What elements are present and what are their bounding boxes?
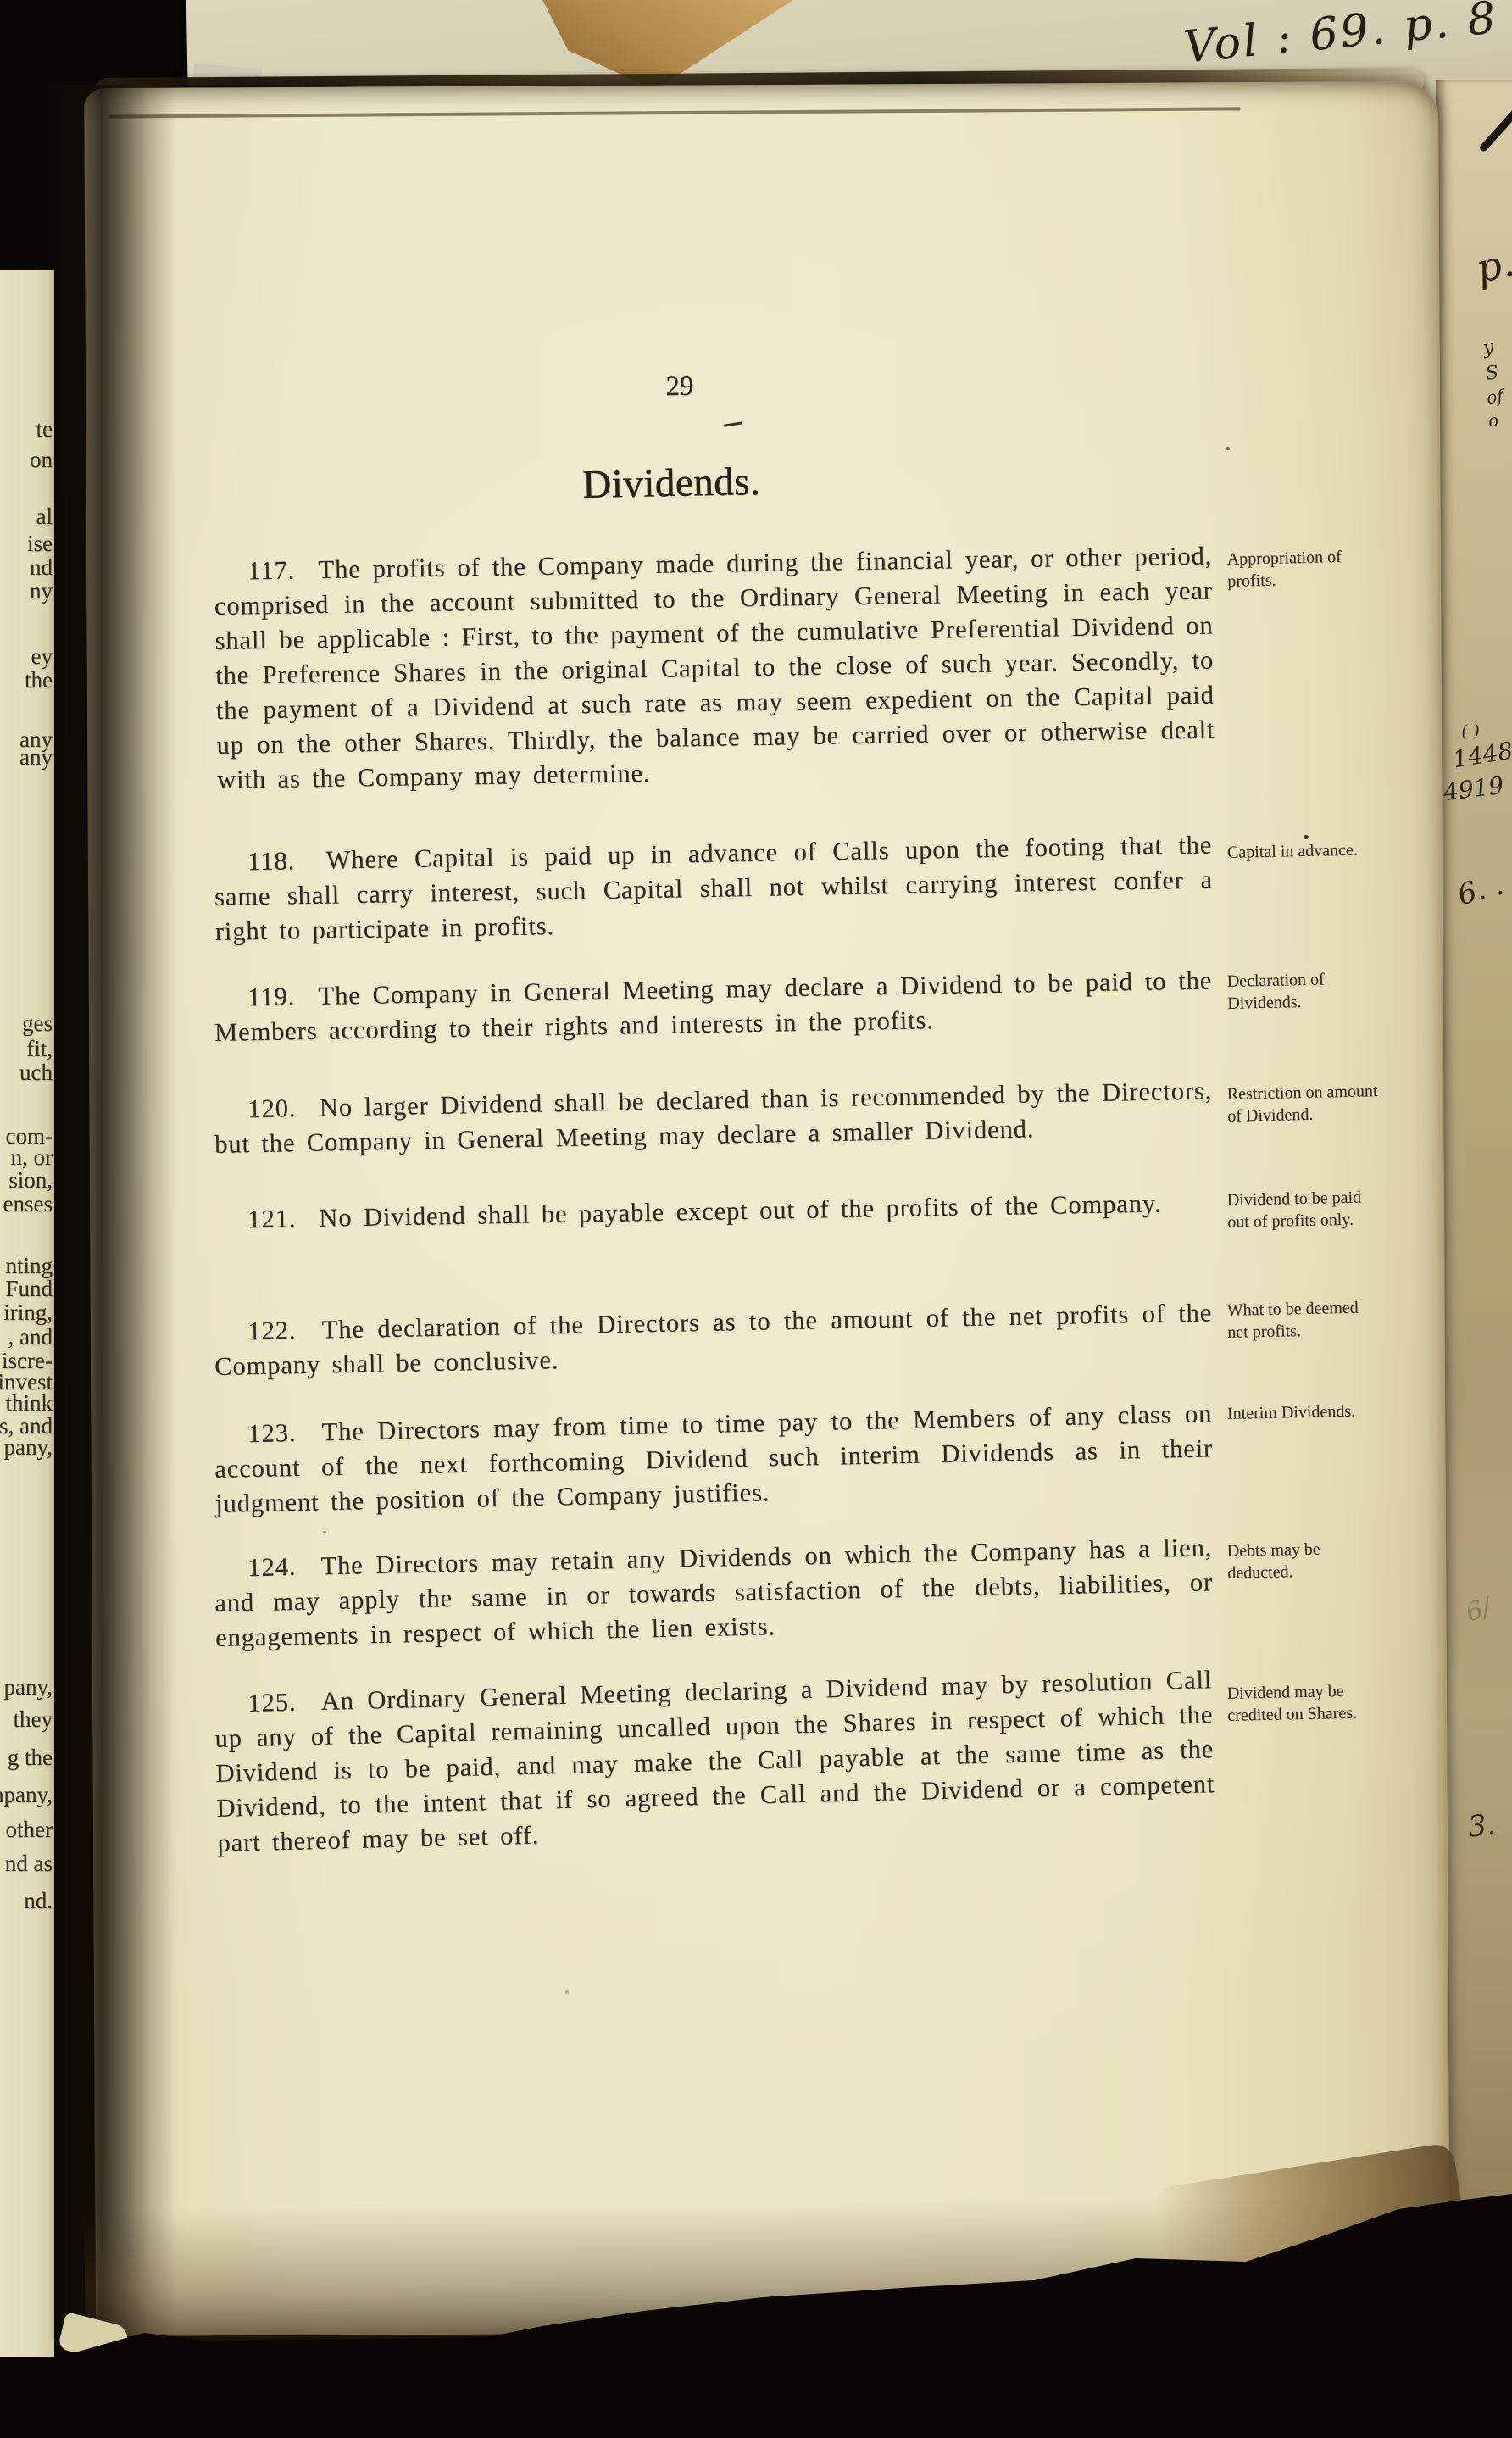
margin-note: Dividend to be paid out of profits only. bbox=[1226, 1187, 1378, 1233]
article: 122. The declaration of the Directors as… bbox=[214, 1315, 1426, 1384]
article-text: 124. The Directors may retain any Divide… bbox=[214, 1530, 1214, 1656]
margin-note: Appropriation of profits. bbox=[1226, 546, 1378, 593]
margin-note: Restriction on amount of Dividend. bbox=[1226, 1081, 1378, 1127]
article-text: 120. No larger Dividend shall be declare… bbox=[214, 1073, 1213, 1162]
ink-speck bbox=[1226, 447, 1230, 450]
article-text: 117. The profits of the Company made dur… bbox=[214, 538, 1215, 797]
margin-note: Dividend may be credited on Shares. bbox=[1226, 1680, 1378, 1727]
article-text: 121. No Dividend shall be payable except… bbox=[214, 1185, 1213, 1238]
margin-note: What to be deemed net profits. bbox=[1226, 1297, 1378, 1344]
margin-note: Declaration of Dividends. bbox=[1226, 968, 1378, 1015]
margin-note: Capital in advance. bbox=[1227, 839, 1378, 864]
margin-note: Interim Dividends. bbox=[1227, 1400, 1378, 1425]
article-text: 125. An Ordinary General Meeting declari… bbox=[214, 1662, 1216, 1861]
article: 123. The Directors may from time to time… bbox=[214, 1417, 1426, 1522]
page-content: 29 Dividends. 117. The profits of the Co… bbox=[0, 0, 1512, 2438]
article-text: 118. Where Capital is paid up in advance… bbox=[214, 827, 1214, 949]
article-text: 119. The Company in General Meeting may … bbox=[214, 963, 1213, 1050]
article: 118. Where Capital is paid up in advance… bbox=[214, 845, 1426, 949]
article-text: 122. The declaration of the Directors as… bbox=[214, 1295, 1213, 1384]
article: 119. The Company in General Meeting may … bbox=[214, 981, 1426, 1050]
ink-speck bbox=[323, 1531, 326, 1533]
margin-note: Debts may be deducted. bbox=[1226, 1538, 1378, 1584]
book-scan: { "annotations": { "volume_note": "Vol :… bbox=[0, 0, 1512, 2438]
article: 125. An Ordinary General Meeting declari… bbox=[214, 1687, 1426, 1861]
ink-speck bbox=[565, 1990, 569, 1994]
article: 120. No larger Dividend shall be declare… bbox=[214, 1093, 1426, 1162]
article-text: 123. The Directors may from time to time… bbox=[214, 1396, 1214, 1522]
article: 124. The Directors may retain any Divide… bbox=[214, 1551, 1426, 1656]
articles: 117. The profits of the Company made dur… bbox=[214, 0, 1426, 2438]
article: 121. No Dividend shall be payable except… bbox=[214, 1203, 1426, 1238]
ink-speck bbox=[1304, 835, 1309, 839]
article: 117. The profits of the Company made dur… bbox=[214, 554, 1426, 798]
